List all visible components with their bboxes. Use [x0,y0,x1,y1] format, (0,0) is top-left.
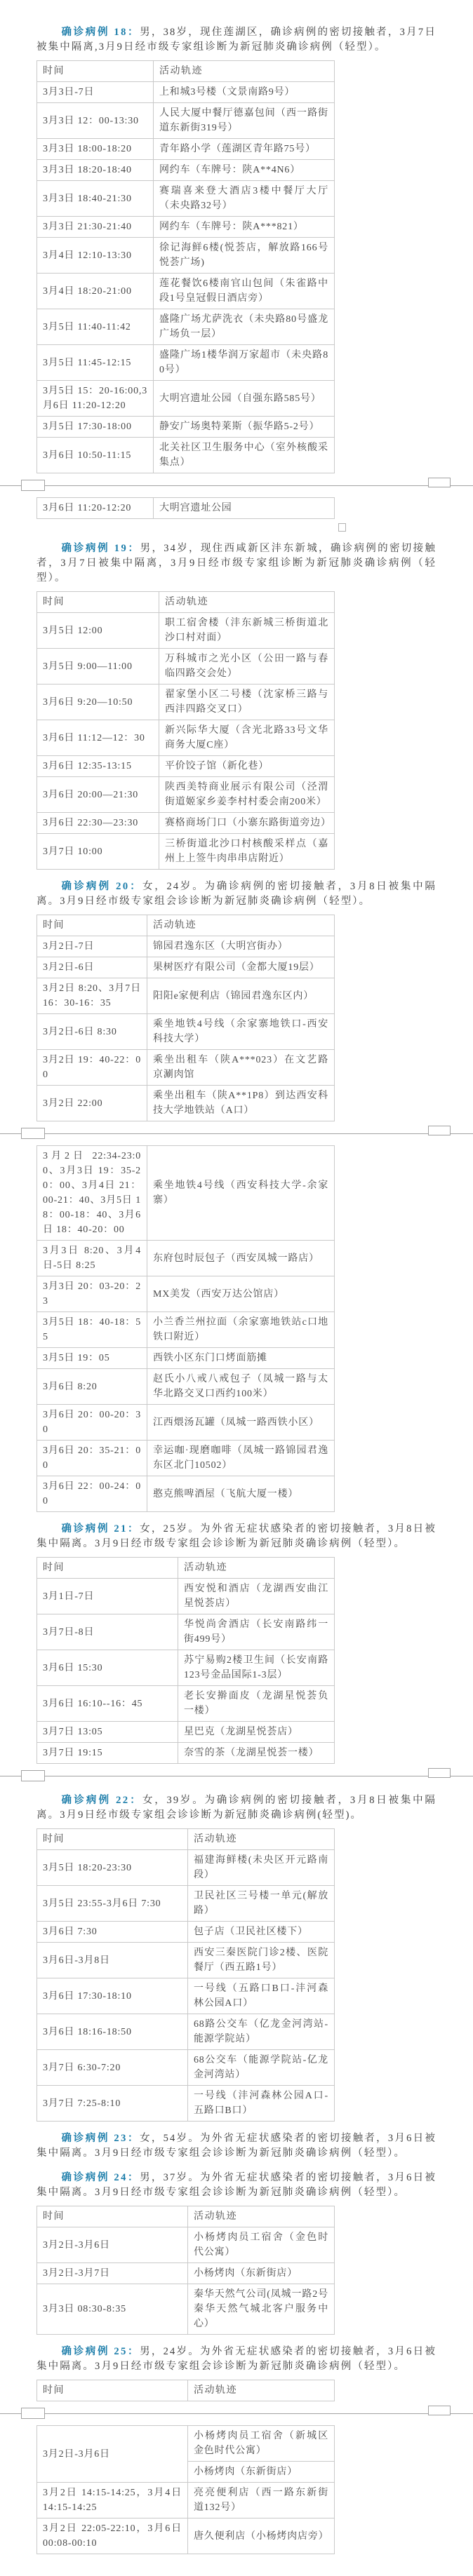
case-paragraph: 确诊病例 24：男，37岁。为外省无症状感染者的密切接触者，3月6日被集中隔离。… [36,2171,437,2200]
case-number-label: 确诊病例 18： [62,27,140,38]
time-cell: 3月6日-3月8日 [37,1943,188,1978]
table-row: 3月5日 11:45-12:15盛隆广场1楼华润万家超市（未央路80号） [37,345,335,381]
trajectory-table: 时间活动轨迹3月3日-7日上和城3号楼（文景南路9号）3月3日 12：00-13… [36,60,335,473]
trajectory-table: 时间活动轨迹3月2日-3月6日小杨烤肉员工宿舍（金色时代公寓）3月2日-3月7日… [36,2206,335,2335]
activity-cell: 静安广场奥特莱斯（振华路5-2号） [154,417,335,438]
table-row: 3月6日 12:35-13:15平价饺子馆（新化巷） [37,756,335,777]
activity-cell: 星巴克（龙湖星悦荟店） [178,1722,335,1743]
table-row: 3月6日 11:12—12：30新兴际华大厦（含光北路33号文华商务大厦C座） [37,720,335,756]
time-cell: 3月6日 15:30 [37,1650,178,1686]
table-header-activity: 活动轨迹 [188,2206,335,2227]
table-header-row: 时间活动轨迹 [37,915,335,936]
activity-cell: 秦华天然气公司(凤城一路2号秦华天然气城北客户服务中心） [188,2284,335,2335]
activity-cell: 盛隆广场尤萨洗衣（未央路80号盛龙广场负一层） [154,309,335,345]
activity-cell: 乘坐地铁4号线（西安科技大学-余家寨） [147,1146,335,1241]
activity-cell: 憨克熊啤酒屋（飞航大厦一楼） [147,1476,335,1512]
case-number-label: 确诊病例 19： [62,543,140,554]
activity-cell: 68路公交车（亿龙金河湾站-能源学院站） [188,2014,335,2050]
activity-cell: 华悦尚舍酒店（长安南路纬一街499号） [178,1614,335,1650]
time-cell: 3月5日 23:55-3月6日 7:30 [37,1886,188,1922]
activity-cell: 乘坐出租车（陕A**1P8）到达西安科技大学地铁站（A口） [147,1086,335,1121]
table-header-activity: 活动轨迹 [188,2380,335,2401]
activity-cell: 老长安擀面皮（龙湖星悦荟负一楼） [178,1686,335,1722]
table-row: 3月3日 21:30-21:40网约车（车牌号：陕A***821） [37,217,335,238]
activity-cell: 网约车（车牌号：陕A**4N6） [154,160,335,181]
activity-cell: 网约车（车牌号：陕A***821） [154,217,335,238]
table-row: 3月5日 12:00职工宿舍楼（沣东新城三桥街道北沙口村对面） [37,613,335,649]
time-cell: 3月7日 6:30-7:20 [37,2050,188,2086]
trajectory-table: 时间活动轨迹3月5日 18:20-23:30福建海鲜楼(未央区开元路南段）3月5… [36,1828,335,2122]
activity-cell: 江西煨汤瓦罐（凤城一路西铁小区） [147,1405,335,1441]
time-cell: 3月6日 17:30-18:10 [37,1978,188,2014]
table-row: 3月3日 18:00-18:20青年路小学（莲湖区青年路75号） [37,139,335,160]
case-number-label: 确诊病例 25： [62,2346,140,2357]
activity-cell: 西安三秦医院门诊2楼、医院餐厅（西五路1号） [188,1943,335,1978]
table-row: 3月7日-8日华悦尚舍酒店（长安南路纬一街499号） [37,1614,335,1650]
case-number-label: 确诊病例 23： [62,2133,140,2144]
table-row: 3月5日 18:20-23:30福建海鲜楼(未央区开元路南段） [37,1850,335,1886]
table-row: 3月2日-6日果树医疗有限公司（金都大厦19层） [37,957,335,978]
activity-cell: 唐久便利店（小杨烤肉店旁） [188,2518,335,2554]
table-row: 3月2日 22:00乘坐出租车（陕A**1P8）到达西安科技大学地铁站（A口） [37,1086,335,1121]
table-row: 3月1日-7日西安悦和酒店（龙湖西安曲江星悦荟店） [37,1579,335,1614]
case-number-label: 确诊病例 21： [62,1523,140,1535]
time-cell: 3月3日 18:20-18:40 [37,160,154,181]
page-break-rect-left [21,480,45,491]
page-break-rect-right [428,1768,451,1778]
table-row: 3月2日 22:34-23:00、3月3日 19：35-20：00、3月4日 2… [37,1146,335,1241]
activity-cell: 亮亮便利店（西一路东新街道132号） [188,2483,335,2518]
activity-cell: 东府包时辰包子（西安凤城一路店） [147,1241,335,1276]
time-cell: 3月2日-3月7日 [37,2263,188,2284]
activity-cell: 翟家堡小区二号楼（沈家桥三路与西沣四路交叉口） [159,685,335,720]
activity-cell: 人民大厦中餐厅德嘉包间（西一路街道东新街319号） [154,103,335,139]
table-row: 3月5日 23:55-3月6日 7:30卫民社区三号楼一单元(解放路） [37,1886,335,1922]
table-row: 3月6日 20:00—21:30陕西美特商业展示有限公司（泾渭街道姬家乡姜李村村… [37,777,335,813]
time-cell: 3月5日 15：20-16:00,3月6日 11:20-12:20 [37,381,154,417]
table-header-row: 时间活动轨迹 [37,61,335,82]
time-cell: 3月2日-6日 [37,957,147,978]
trajectory-table: 时间活动轨迹 [36,2380,335,2401]
activity-cell: 苏宁易购2楼卫生间（长安南路123号金品国际1-3层） [178,1650,335,1686]
table-row: 3月4日 12:10-13:30徐记海鲜6楼(悦荟店，解放路166号悦荟广场) [37,238,335,274]
case-paragraph: 确诊病例 25：男，24岁。为外省无症状感染者的密切接触者，3月6日被集中隔离。… [36,2345,437,2374]
table-row: 3月5日 17:30-18:00静安广场奥特莱斯（振华路5-2号） [37,417,335,438]
time-cell: 3月3日 18:40-21:30 [37,181,154,217]
activity-cell: 奈雪的茶（龙湖星悦荟一楼） [178,1743,335,1764]
time-cell: 3月3日-7日 [37,82,154,103]
page-break [0,1768,473,1783]
table-row: 3月3日 20：03-20：23MX美发（西安万达公馆店） [37,1276,335,1312]
table-row: 3月6日 7:30包子店（卫民社区楼下） [37,1922,335,1943]
case-number-label: 确诊病例 24： [62,2172,140,2183]
activity-cell: 大明宫遗址公园 [154,498,335,519]
case-paragraph: 确诊病例 21：女，25岁。为外省无症状感染者的密切接触者，3月8日被集中隔离。… [36,1522,437,1551]
time-cell: 3月5日 11:45-12:15 [37,345,154,381]
table-header-row: 时间活动轨迹 [37,2380,335,2401]
page-break-line [0,1776,473,1776]
table-row: 3月6日 11:20-12:20大明宫遗址公园 [37,498,335,519]
table-row: 3月2日 19：40-22：00乘坐出租车（陕A***023）在文艺路京涮肉馆 [37,1050,335,1086]
activity-cell: 赵氏小八戒八戒包子（凤城一路与太华北路交叉口西约100米） [147,1369,335,1405]
table-row: 3月5日 15：20-16:00,3月6日 11:20-12:20大明宫遗址公园… [37,381,335,417]
table-row: 3月6日 22：00-24：00憨克熊啤酒屋（飞航大厦一楼） [37,1476,335,1512]
trajectory-table: 时间活动轨迹3月1日-7日西安悦和酒店（龙湖西安曲江星悦荟店）3月7日-8日华悦… [36,1557,335,1764]
case-paragraph: 确诊病例 23：女，54岁。为外省无症状感染者的密切接触者，3月6日被集中隔离。… [36,2131,437,2161]
table-row: 3月6日 20：00-20：30江西煨汤瓦罐（凤城一路西铁小区） [37,1405,335,1441]
table-header-row: 时间活动轨迹 [37,1558,335,1579]
time-cell: 3月4日 18:20-21:00 [37,274,154,309]
table-row: 3月6日 9:20—10:50翟家堡小区二号楼（沈家桥三路与西沣四路交叉口） [37,685,335,720]
activity-cell: 包子店（卫民社区楼下） [188,1922,335,1943]
page-break-rect-right [428,1126,451,1135]
time-cell: 3月3日 20：03-20：23 [37,1276,147,1312]
activity-cell: 职工宿舍楼（沣东新城三桥街道北沙口村对面） [159,613,335,649]
time-cell: 3月6日 22：00-24：00 [37,1476,147,1512]
case-paragraph: 确诊病例 19：男，34岁，现住西咸新区沣东新城，确诊病例的密切接触者，3月7日… [36,541,437,586]
table-row: 3月7日 7:25-8:10一号线（沣河森林公园A口-五路口B口） [37,2086,335,2122]
table-header-time: 时间 [37,2380,188,2401]
time-cell: 3月3日 8:20、3月4日-5日 8:25 [37,1241,147,1276]
table-row: 3月6日 17:30-18:10一号线（五路口B口-沣河森林公园A口） [37,1978,335,2014]
activity-cell: 果树医疗有限公司（金都大厦19层） [147,957,335,978]
time-cell: 3月6日 11:20-12:20 [37,498,154,519]
activity-cell: 上和城3号楼（文景南路9号） [154,82,335,103]
page-break-rect-right [428,478,451,487]
table-row: 3月6日 16:10--16：45老长安擀面皮（龙湖星悦荟负一楼） [37,1686,335,1722]
activity-cell: 小兰香兰州拉面（余家寨地铁站c口地铁口附近） [147,1312,335,1348]
table-row: 3月6日-3月8日西安三秦医院门诊2楼、医院餐厅（西五路1号） [37,1943,335,1978]
activity-cell: 小杨烤肉员工宿舍（金色时代公寓） [188,2227,335,2263]
table-header-activity: 活动轨迹 [188,1829,335,1850]
time-cell: 3月6日 12:35-13:15 [37,756,159,777]
trajectory-table: 3月2日-3月6日小杨烤肉员工宿舍（新城区金色时代公寓）小杨烤肉（东新街店）3月… [36,2425,335,2554]
table-row: 3月6日 20：35-21：00幸运咖·现磨咖啡（凤城一路锦园君逸东区北门105… [37,1441,335,1476]
table-row: 3月4日 18:20-21:00莲花餐饮6楼南官山包间（朱雀路中段1号皇冠假日酒… [37,274,335,309]
page-break-rect-right [428,2406,451,2415]
table-header-activity: 活动轨迹 [178,1558,335,1579]
table-row: 3月7日 13:05星巴克（龙湖星悦荟店） [37,1722,335,1743]
table-row: 3月6日 10:50-11:15北关社区卫生服务中心（室外核酸采集点） [37,438,335,473]
time-cell: 3月7日 10:00 [37,834,159,870]
time-cell: 3月5日 19：05 [37,1348,147,1369]
table-row: 3月2日 14:15-14:25，3月4日 14:15-14:25亮亮便利店（西… [37,2483,335,2518]
table-header-row: 时间活动轨迹 [37,1829,335,1850]
page-break [0,478,473,493]
time-cell: 3月6日 20：35-21：00 [37,1441,147,1476]
table-header-time: 时间 [37,1829,188,1850]
table-header-time: 时间 [37,592,159,613]
table-row: 3月5日 18：40-18：55小兰香兰州拉面（余家寨地铁站c口地铁口附近） [37,1312,335,1348]
table-row: 3月5日 9:00—11:00万科城市之光小区（公田一路与春临四路交会处） [37,649,335,685]
activity-cell: 乘坐地铁4号线（余家寨地铁口-西安科技大学） [147,1014,335,1050]
time-cell: 3月7日 19:15 [37,1743,178,1764]
activity-cell: 一号线（五路口B口-沣河森林公园A口） [188,1978,335,2014]
activity-cell: 小杨烤肉（东新街店） [188,2462,335,2483]
time-cell: 3月3日 12：00-13:30 [37,103,154,139]
table-row: 3月2日 8:20、3月7日 16：30-16：35阳阳e家便利店（锦园君逸东区… [37,978,335,1014]
paragraph-mark-square [338,523,346,532]
table-header-time: 时间 [37,2206,188,2227]
page-break-line [0,485,473,486]
table-row: 3月7日 10:00三桥街道北沙口村核酸采样点（嘉州上上签牛肉串串店附近） [37,834,335,870]
table-header-activity: 活动轨迹 [159,592,335,613]
table-row: 3月5日 19：05西铁小区东门口烤面筋摊 [37,1348,335,1369]
table-row: 3月2日-3月6日小杨烤肉员工宿舍（金色时代公寓） [37,2227,335,2263]
table-row: 3月2日 22:05-22:10，3月6日 00:08-00:10唐久便利店（小… [37,2518,335,2554]
case-paragraph: 确诊病例 20：女，24岁。为确诊病例的密切接触者，3月8日被集中隔离。3月9日… [36,879,437,909]
time-cell: 3月3日 08:30-8:35 [37,2284,188,2335]
time-cell: 3月2日-6日 8:30 [37,1014,147,1050]
activity-cell: 一号线（沣河森林公园A口-五路口B口） [188,2086,335,2122]
table-row: 3月6日 18:16-18:5068路公交车（亿龙金河湾站-能源学院站） [37,2014,335,2050]
table-header-time: 时间 [37,61,154,82]
time-cell: 3月2日 22:00 [37,1086,147,1121]
time-cell: 3月3日 18:00-18:20 [37,139,154,160]
activity-cell: 幸运咖·现磨咖啡（凤城一路锦园君逸东区北门10502） [147,1441,335,1476]
time-cell: 3月5日 12:00 [37,613,159,649]
trajectory-table: 3月2日 22:34-23:00、3月3日 19：35-20：00、3月4日 2… [36,1145,335,1512]
activity-cell: 西铁小区东门口烤面筋摊 [147,1348,335,1369]
table-row: 3月5日 11:40-11:42盛隆广场尤萨洗衣（未央路80号盛龙广场负一层） [37,309,335,345]
time-cell: 3月6日 20：00-20：30 [37,1405,147,1441]
table-row: 3月3日 08:30-8:35秦华天然气公司(凤城一路2号秦华天然气城北客户服务… [37,2284,335,2335]
activity-cell: 阳阳e家便利店（锦园君逸东区内） [147,978,335,1014]
table-header-time: 时间 [37,1558,178,1579]
time-cell: 3月5日 18:20-23:30 [37,1850,188,1886]
time-cell: 3月6日 11:12—12：30 [37,720,159,756]
activity-cell: 小杨烤肉员工宿舍（新城区金色时代公寓） [188,2426,335,2462]
activity-cell: 赛格商场门口（小寨东路街道旁边） [159,813,335,834]
activity-cell: 陕西美特商业展示有限公司（泾渭街道姬家乡姜李村村委会南200米） [159,777,335,813]
table-header-activity: 活动轨迹 [147,915,335,936]
time-cell: 3月2日 22:34-23:00、3月3日 19：35-20：00、3月4日 2… [37,1146,147,1241]
activity-cell: 锦园君逸东区（大明宫街办） [147,936,335,957]
case-paragraph: 确诊病例 18：男，38岁，现住莲湖区，确诊病例的密切接触者，3月7日被集中隔离… [36,25,437,55]
time-cell: 3月1日-7日 [37,1579,178,1614]
activity-cell: 西安悦和酒店（龙湖西安曲江星悦荟店） [178,1579,335,1614]
table-header-time: 时间 [37,915,147,936]
activity-cell: 三桥街道北沙口村核酸采样点（嘉州上上签牛肉串串店附近） [159,834,335,870]
time-cell: 3月2日-7日 [37,936,147,957]
case-number-label: 确诊病例 20： [62,881,142,892]
table-row: 3月2日-7日锦园君逸东区（大明宫街办） [37,936,335,957]
time-cell: 3月6日 10:50-11:15 [37,438,154,473]
case-number-label: 确诊病例 22： [62,1795,142,1806]
table-row: 3月3日 8:20、3月4日-5日 8:25东府包时辰包子（西安凤城一路店） [37,1241,335,1276]
time-cell: 3月5日 18：40-18：55 [37,1312,147,1348]
table-row: 3月3日 18:40-21:30赛瑞喜来登大酒店3楼中餐厅大厅（未央路32号） [37,181,335,217]
activity-cell: 万科城市之光小区（公田一路与春临四路交会处） [159,649,335,685]
table-row: 3月2日-6日 8:30乘坐地铁4号线（余家寨地铁口-西安科技大学） [37,1014,335,1050]
time-cell: 3月6日 16:10--16：45 [37,1686,178,1722]
activity-cell: 平价饺子馆（新化巷） [159,756,335,777]
activity-cell: 小杨烤肉（东新街店） [188,2263,335,2284]
table-row: 3月6日 15:30苏宁易购2楼卫生间（长安南路123号金品国际1-3层） [37,1650,335,1686]
time-cell: 3月7日 13:05 [37,1722,178,1743]
page-break-rect-left [21,1770,45,1781]
activity-cell: 新兴际华大厦（含光北路33号文华商务大厦C座） [159,720,335,756]
time-cell: 3月6日 9:20—10:50 [37,685,159,720]
trajectory-table: 3月6日 11:20-12:20大明宫遗址公园 [36,497,335,519]
activity-cell: 北关社区卫生服务中心（室外核酸采集点） [154,438,335,473]
activity-cell: 福建海鲜楼(未央区开元路南段） [188,1850,335,1886]
time-cell: 3月2日 22:05-22:10，3月6日 00:08-00:10 [37,2518,188,2554]
activity-cell: 卫民社区三号楼一单元(解放路） [188,1886,335,1922]
document: 确诊病例 18：男，38岁，现住莲湖区，确诊病例的密切接触者，3月7日被集中隔离… [0,0,473,2554]
table-header-activity: 活动轨迹 [154,61,335,82]
table-row: 3月6日 22:30—23:30赛格商场门口（小寨东路街道旁边） [37,813,335,834]
activity-cell: 乘坐出租车（陕A***023）在文艺路京涮肉馆 [147,1050,335,1086]
time-cell: 3月5日 9:00—11:00 [37,649,159,685]
time-cell: 3月6日 20:00—21:30 [37,777,159,813]
table-row: 3月6日 8:20赵氏小八戒八戒包子（凤城一路与太华北路交叉口西约100米） [37,1369,335,1405]
table-row: 3月7日 19:15奈雪的茶（龙湖星悦荟一楼） [37,1743,335,1764]
activity-cell: 68公交车（能源学院站-亿龙金河湾站） [188,2050,335,2086]
activity-cell: 徐记海鲜6楼(悦荟店，解放路166号悦荟广场) [154,238,335,274]
time-cell: 3月2日 8:20、3月7日 16：30-16：35 [37,978,147,1014]
table-row: 3月2日-3月6日小杨烤肉员工宿舍（新城区金色时代公寓） [37,2426,335,2462]
time-cell: 3月3日 21:30-21:40 [37,217,154,238]
table-header-row: 时间活动轨迹 [37,592,335,613]
table-header-row: 时间活动轨迹 [37,2206,335,2227]
table-row: 3月3日-7日上和城3号楼（文景南路9号） [37,82,335,103]
page-break-line [0,1133,473,1134]
table-row: 3月3日 18:20-18:40网约车（车牌号：陕A**4N6） [37,160,335,181]
time-cell: 3月7日 7:25-8:10 [37,2086,188,2122]
page-break [0,2406,473,2421]
time-cell: 3月2日-3月6日 [37,2227,188,2263]
time-cell: 3月6日 22:30—23:30 [37,813,159,834]
page-break [0,1126,473,1141]
activity-cell: 青年路小学（莲湖区青年路75号） [154,139,335,160]
time-cell: 3月7日-8日 [37,1614,178,1650]
trajectory-table: 时间活动轨迹3月5日 12:00职工宿舍楼（沣东新城三桥街道北沙口村对面）3月5… [36,591,335,870]
time-cell: 3月6日 18:16-18:50 [37,2014,188,2050]
activity-cell: 大明宫遗址公园（自强东路585号） [154,381,335,417]
table-row: 3月7日 6:30-7:2068公交车（能源学院站-亿龙金河湾站） [37,2050,335,2086]
trajectory-table: 时间活动轨迹3月2日-7日锦园君逸东区（大明宫街办）3月2日-6日果树医疗有限公… [36,915,335,1121]
page-break-line [0,2413,473,2414]
time-cell: 3月6日 7:30 [37,1922,188,1943]
page-break-rect-left [21,1128,45,1139]
activity-cell: 赛瑞喜来登大酒店3楼中餐厅大厅（未央路32号） [154,181,335,217]
activity-cell: MX美发（西安万达公馆店） [147,1276,335,1312]
page-break-rect-left [21,2408,45,2419]
activity-cell: 莲花餐饮6楼南官山包间（朱雀路中段1号皇冠假日酒店旁） [154,274,335,309]
time-cell: 3月6日 8:20 [37,1369,147,1405]
time-cell: 3月4日 12:10-13:30 [37,238,154,274]
time-cell: 3月5日 17:30-18:00 [37,417,154,438]
case-paragraph: 确诊病例 22：女，39岁。为确诊病例的密切接触者，3月8日被集中隔离。3月9日… [36,1793,437,1823]
table-row: 3月2日-3月7日小杨烤肉（东新街店） [37,2263,335,2284]
time-cell: 3月2日 19：40-22：00 [37,1050,147,1086]
time-cell: 3月5日 11:40-11:42 [37,309,154,345]
activity-cell: 盛隆广场1楼华润万家超市（未央路80号） [154,345,335,381]
table-row: 3月3日 12：00-13:30人民大厦中餐厅德嘉包间（西一路街道东新街319号… [37,103,335,139]
time-cell: 3月2日 14:15-14:25，3月4日 14:15-14:25 [37,2483,188,2518]
time-cell: 3月2日-3月6日 [37,2426,188,2483]
